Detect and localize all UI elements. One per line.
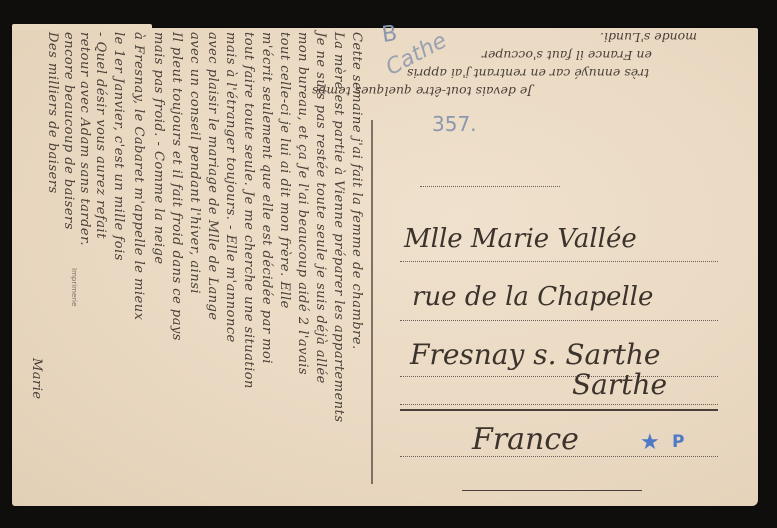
star-icon: ★ [640, 430, 660, 455]
message-line: La mère est partie à Vienne préparer les… [331, 32, 346, 423]
address-rule-3 [400, 376, 718, 377]
address-street: rue de la Chapelle [412, 282, 653, 312]
pencil-number: 357. [432, 112, 477, 136]
message-line: tout celle-ci je lui ai dit mon frère. E… [277, 32, 292, 309]
message-line: Je ne suis pas restée toute seule je sui… [313, 32, 328, 384]
printer-mark: Imprimerie [70, 268, 78, 306]
message-line: avec plaisir le mariage de Mlle de Lange [205, 32, 220, 321]
message-line: avec un conseil pendant l'hiver, ainsi [187, 32, 202, 294]
card-edge [12, 24, 152, 30]
message-line: tout faire toute seule. Je me cherche un… [241, 32, 256, 389]
message-line: m'écrit seulement que elle est décidée p… [259, 32, 274, 364]
upside-line-2: très ennuyé car en rentrant j'ai appris [407, 66, 649, 81]
address-rule-4 [400, 404, 718, 405]
message-signature: Marie [29, 358, 44, 400]
address-rule-1 [400, 261, 718, 262]
divider-line [371, 120, 373, 484]
message-line: encore beaucoup de baisers [61, 32, 76, 230]
upside-line-4: monde s'Lundi. [600, 30, 697, 45]
bottom-flourish [462, 490, 642, 491]
message-line: mon bureau, et ça Je l'ai beaucoup aidé … [295, 32, 310, 375]
pencil-letter-b: B [380, 21, 398, 48]
address-rule-2 [400, 320, 718, 321]
message-line: Il pleut toujours et il fait froid dans … [169, 32, 184, 341]
message-line: mais à l'étranger toujours. - Elle m'ann… [223, 32, 238, 343]
stamp-letter: P [672, 432, 684, 452]
address-name: Mlle Marie Vallée [404, 224, 637, 254]
message-line: le 1er Janvier, c'est un mille fois [111, 32, 126, 261]
message-line: Des milliers de baisers [45, 32, 60, 194]
message-line: - Quel désir vous aurez refait [93, 32, 108, 239]
address-city: Fresnay s. Sarthe [410, 338, 660, 371]
address-department: Sarthe [572, 368, 667, 401]
message-line: mais pas froid. - Comme la neige [151, 32, 166, 265]
address-rule-top [420, 186, 560, 187]
message-line: Cette semaine j'ai fait la femme de cham… [349, 32, 364, 350]
postcard: B Cathe 357. monde s'Lundi. en France il… [12, 28, 758, 506]
address-country: France [472, 422, 579, 457]
upside-line-3: en France il faut s'occuper [482, 48, 652, 63]
message-line: retour avec Adam sans tarder. [77, 32, 92, 246]
address-rule-solid [400, 409, 718, 411]
message-line: à Fresnay, le Cabaret m'appelle le mieux [131, 32, 146, 321]
